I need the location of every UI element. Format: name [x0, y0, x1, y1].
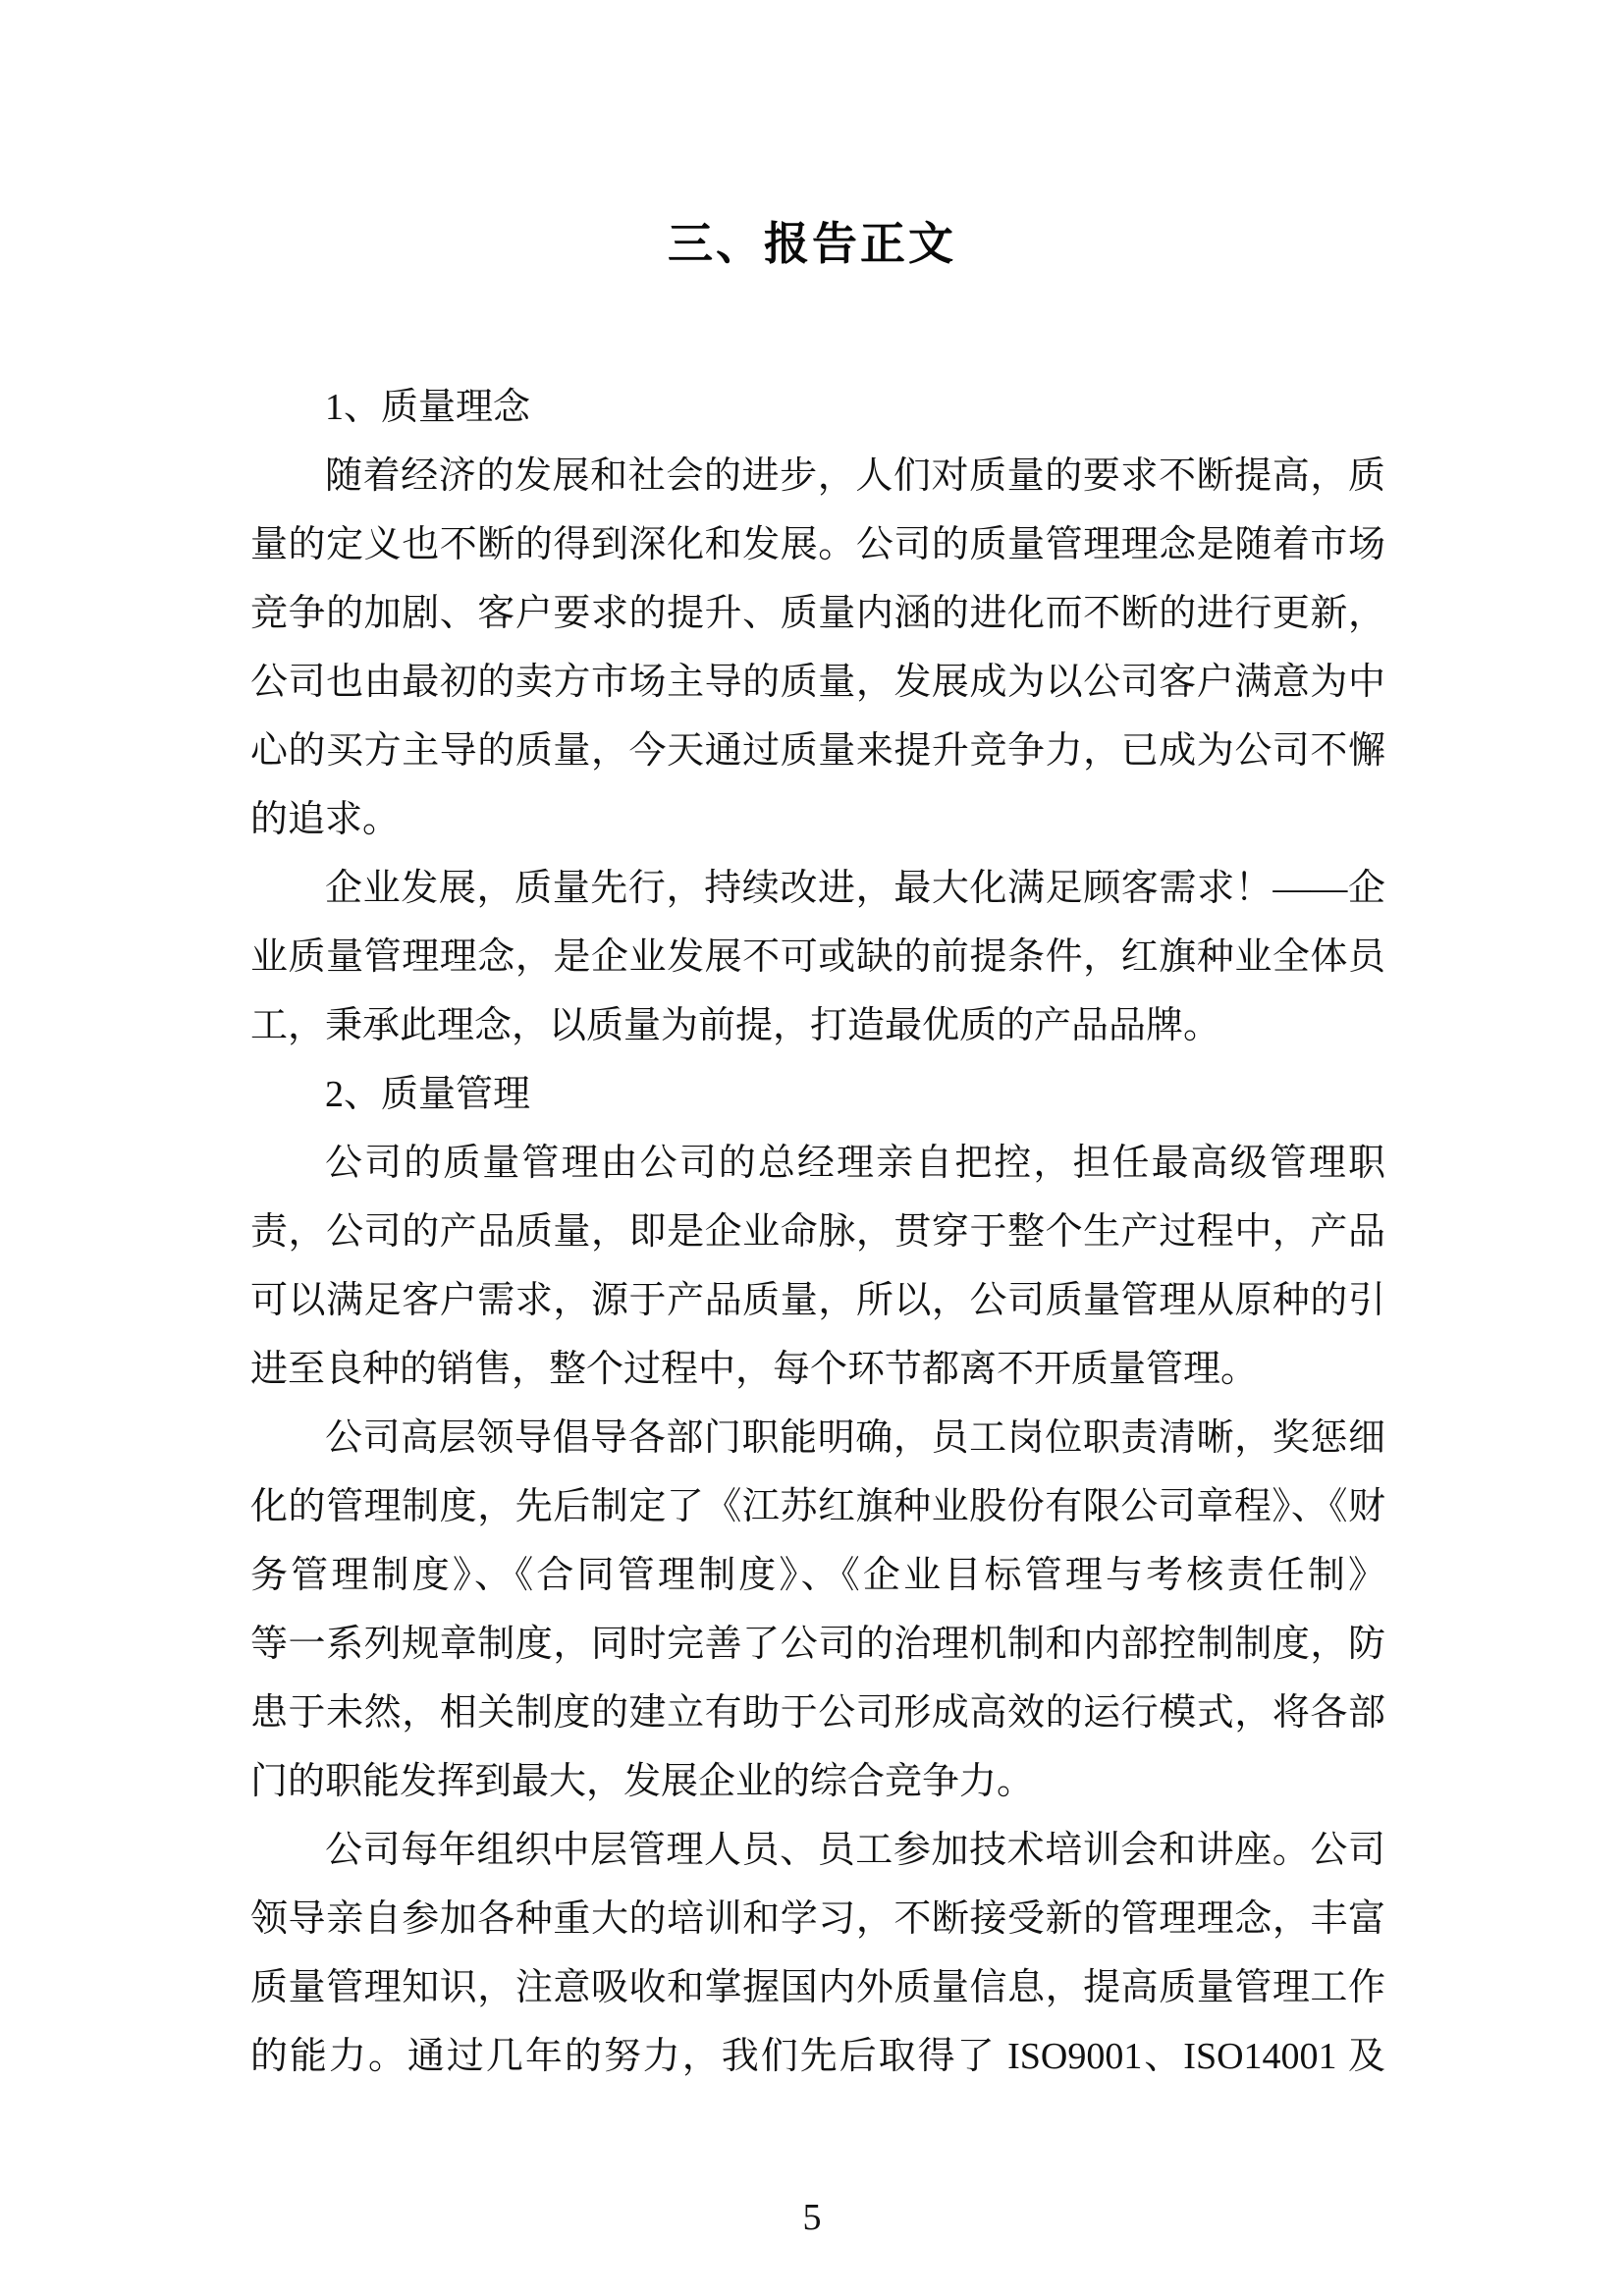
text-line: 门的职能发挥到最大，发展企业的综合竞争力。	[250, 1747, 1385, 1816]
text-line: 等一系列规章制度，同时完善了公司的治理机制和内部控制制度，防	[250, 1610, 1385, 1679]
text-line: 企业发展，质量先行，持续改进，最大化满足顾客需求！——企	[250, 854, 1385, 923]
text-line: 务管理制度》、《合同管理制度》、《企业目标管理与考核责任制》	[250, 1541, 1385, 1610]
text-line: 工，秉承此理念，以质量为前提，打造最优质的产品品牌。	[250, 991, 1385, 1060]
text-line: 公司每年组织中层管理人员、员工参加技术培训会和讲座。公司	[250, 1816, 1385, 1885]
text-line: 竞争的加剧、客户要求的提升、质量内涵的进化而不断的进行更新，	[250, 579, 1385, 648]
text-line: 责，公司的产品质量，即是企业命脉，贯穿于整个生产过程中，产品	[250, 1198, 1385, 1266]
section-heading: 2、质量管理	[250, 1060, 1385, 1129]
page-number: 5	[0, 2183, 1624, 2252]
text-line: 公司高层领导倡导各部门职能明确，员工岗位职责清晰，奖惩细	[250, 1404, 1385, 1472]
text-line: 随着经济的发展和社会的进步，人们对质量的要求不断提高，质	[250, 442, 1385, 510]
text-line: 心的买方主导的质量，今天通过质量来提升竞争力，已成为公司不懈	[250, 717, 1385, 785]
text-line: 质量管理知识，注意吸收和掌握国内外质量信息，提高质量管理工作	[250, 1953, 1385, 2022]
page-title: 三、报告正文	[0, 216, 1624, 271]
text-line: 量的定义也不断的得到深化和发展。公司的质量管理理念是随着市场	[250, 510, 1385, 579]
text-line: 的追求。	[250, 785, 1385, 854]
text-line: 公司也由最初的卖方市场主导的质量，发展成为以公司客户满意为中	[250, 648, 1385, 717]
text-line: 可以满足客户需求，源于产品质量，所以，公司质量管理从原种的引	[250, 1266, 1385, 1335]
text-line: 业质量管理理念，是企业发展不可或缺的前提条件，红旗种业全体员	[250, 923, 1385, 991]
section-heading: 1、质量理念	[250, 373, 1385, 442]
text-line: 的能力。通过几年的努力，我们先后取得了 ISO9001、ISO14001 及	[250, 2022, 1385, 2091]
text-line: 进至良种的销售，整个过程中，每个环节都离不开质量管理。	[250, 1335, 1385, 1404]
document-body: 1、质量理念随着经济的发展和社会的进步，人们对质量的要求不断提高，质量的定义也不…	[250, 373, 1385, 2091]
text-line: 患于未然，相关制度的建立有助于公司形成高效的运行模式，将各部	[250, 1679, 1385, 1747]
document-page: 三、报告正文 1、质量理念随着经济的发展和社会的进步，人们对质量的要求不断提高，…	[0, 0, 1624, 2296]
text-line: 领导亲自参加各种重大的培训和学习，不断接受新的管理理念，丰富	[250, 1885, 1385, 1953]
text-line: 公司的质量管理由公司的总经理亲自把控，担任最高级管理职	[250, 1129, 1385, 1198]
text-line: 化的管理制度，先后制定了《江苏红旗种业股份有限公司章程》、《财	[250, 1472, 1385, 1541]
